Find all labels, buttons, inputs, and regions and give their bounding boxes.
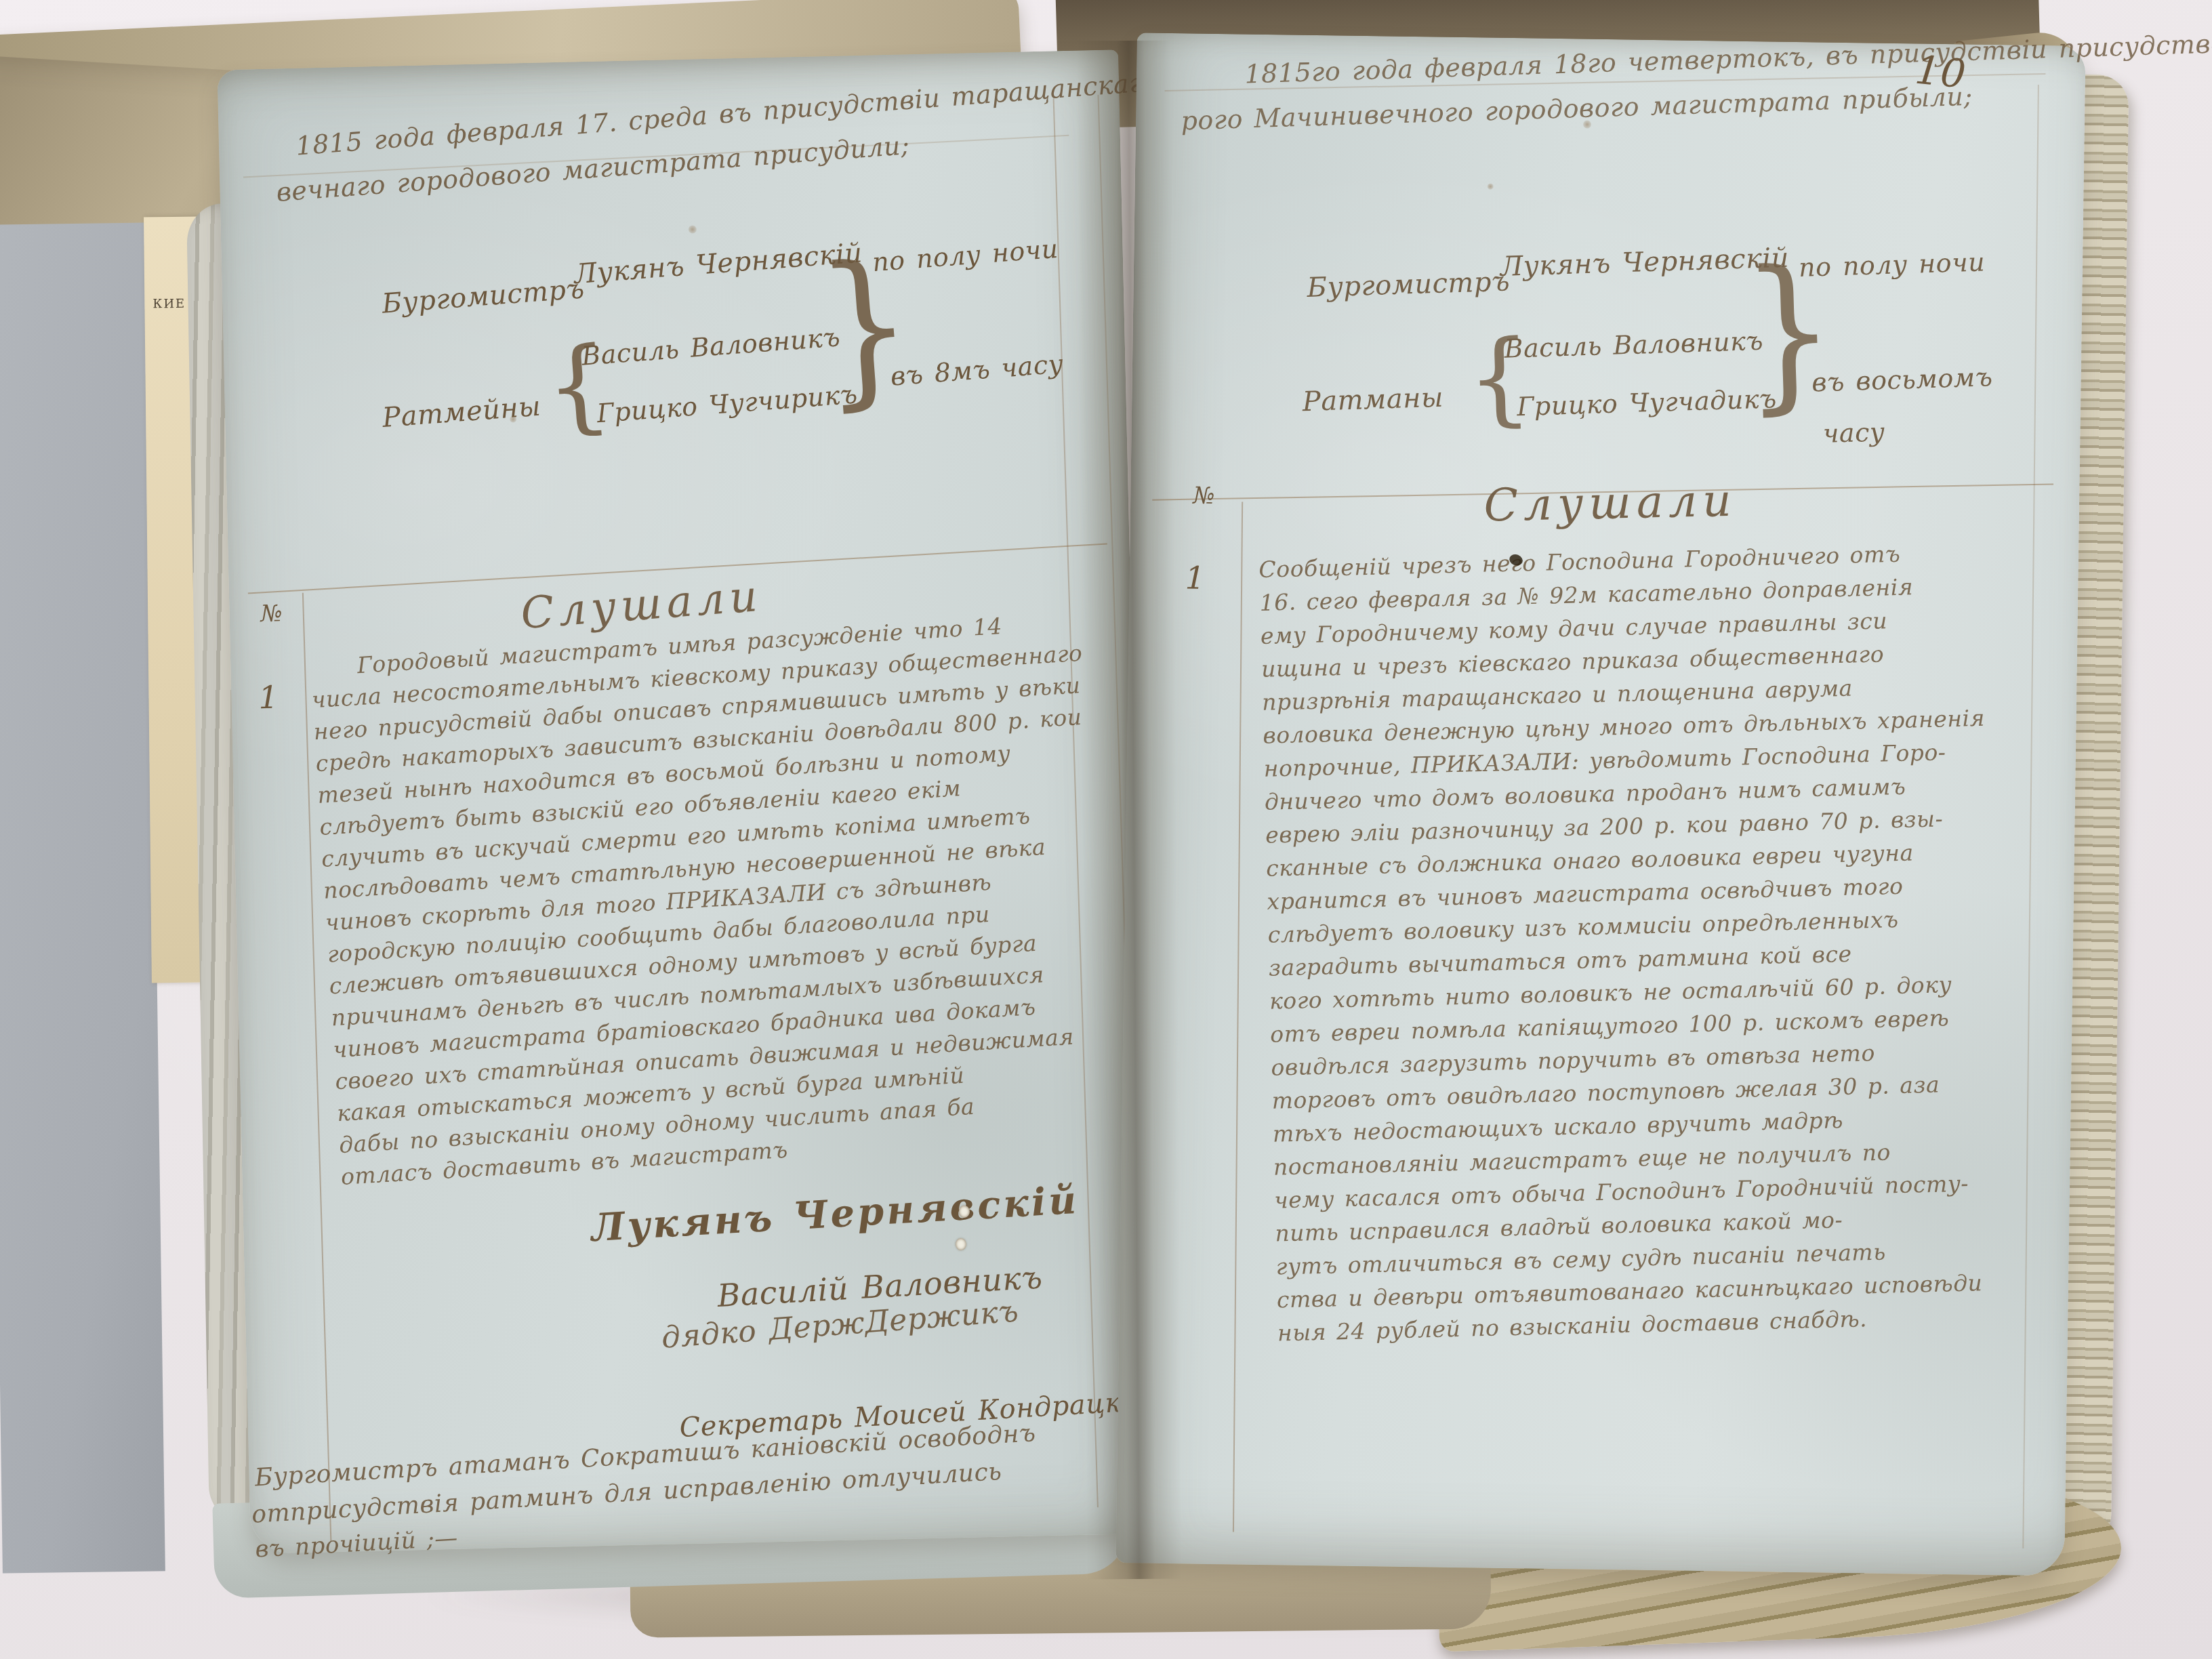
stain [1488, 184, 1494, 190]
session-time: часу [1822, 417, 1885, 449]
session-time: въ 8мъ часу [889, 349, 1064, 392]
right-attendance-block: Бургомистръ Лукянъ Чернявскій Ратманы { … [1298, 230, 2036, 457]
item-number: 1 [1185, 559, 1206, 596]
worm-hole [956, 1238, 966, 1250]
page-number: 10 [1913, 46, 1968, 97]
right-page-date-header: 1815го года февраля 18го четвертокъ, въ … [1244, 21, 2212, 142]
number-column-line [1233, 502, 1243, 1532]
left-manuscript-page: 1815 года февраля 17. среда въ присудств… [217, 49, 1151, 1554]
photo-of-open-manuscript-book: КИЕ 1815 года февраля 17. среда въ прису… [0, 0, 2212, 1659]
left-page-body-text: Городовый магистратъ имѣя разсужденіе чт… [309, 607, 1127, 1195]
ratmans-label: Ратманы [1302, 382, 1443, 418]
stain [689, 225, 697, 233]
cover-board-left [0, 222, 165, 1573]
number-column-header: № [260, 600, 283, 628]
burgomister-label: Бургомистръ [1307, 266, 1511, 304]
section-heading: Слушали [1483, 474, 1738, 532]
number-column-header: № [1193, 483, 1215, 510]
ratman-name: Грицко Чугчирикъ [596, 380, 859, 429]
ratman-name: Василь Валовникъ [581, 322, 842, 371]
book-gutter-shadow [1076, 41, 1182, 1580]
signature: Лукянъ Чернявскій [590, 1178, 1080, 1250]
left-attendance-block: Бургомистръ Лукянъ Чернявскій Ратмейны {… [371, 216, 1116, 473]
ratman-name: Грицко Чугчадикъ [1517, 384, 1778, 422]
bookmark-printed-text: КИЕ [152, 297, 186, 312]
item-number: 1 [258, 679, 279, 716]
ratman-name: Василь Валовникъ [1504, 326, 1764, 364]
session-time: въ восьмомъ [1811, 362, 1993, 397]
ratmans-label: Ратмейны [382, 391, 542, 434]
right-page-body-text: Сообщеній чрезъ него Господина Городниче… [1258, 537, 2077, 1353]
session-time: по полу ночи [1798, 247, 1985, 283]
right-manuscript-page: 1815го года февраля 18го четвертокъ, въ … [1115, 33, 2085, 1576]
burgomister-label: Бургомистръ [381, 273, 586, 319]
